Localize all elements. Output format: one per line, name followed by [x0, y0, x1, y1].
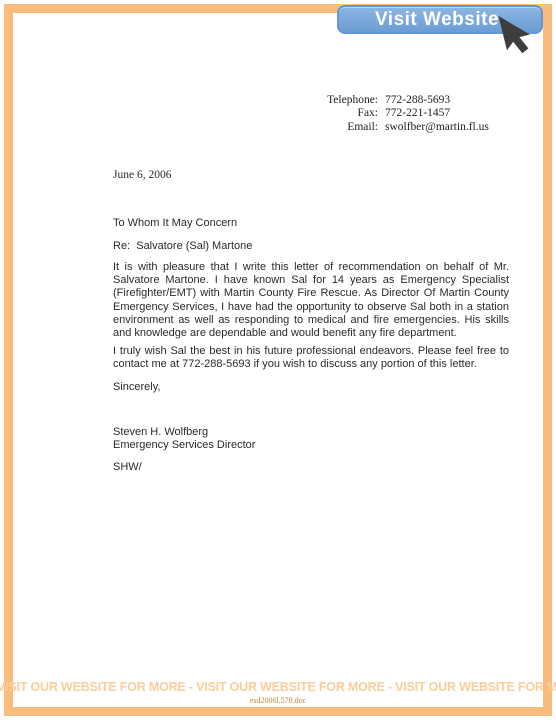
letter-salutation: To Whom It May Concern — [113, 217, 509, 230]
contact-label: Email: — [320, 121, 378, 134]
letter-closing: Sincerely, — [113, 381, 509, 394]
letter-date: June 6, 2006 — [113, 169, 509, 181]
visit-website-label: Visit Website — [375, 10, 505, 29]
letter-paragraph: It is with pleasure that I write this le… — [113, 261, 509, 340]
contact-value: swolfber@martin.fl.us — [385, 121, 489, 134]
document-filename: esd2006l.578.doc — [0, 696, 556, 705]
letter-paragraph: I truly wish Sal the best in his future … — [113, 345, 509, 371]
contact-value: 772-288-5693 — [385, 94, 489, 107]
typist-initials: SHW/ — [113, 461, 509, 474]
signature-block: Steven H. Wolfberg Emergency Services Di… — [113, 426, 509, 452]
contact-value: 772-221-1457 — [385, 107, 489, 120]
signature-title: Emergency Services Director — [113, 439, 509, 452]
contact-block: Telephone: 772-288-5693 Fax: 772-221-145… — [320, 94, 489, 134]
letter-page: Visit Website Telephone: 772-288-5693 Fa… — [0, 0, 556, 720]
signature-name: Steven H. Wolfberg — [113, 426, 509, 439]
contact-label: Fax: — [320, 107, 378, 120]
letter-subject-line: Re: Salvatore (Sal) Martone — [113, 240, 509, 253]
footer-website-banner-link[interactable]: VISIT OUR WEBSITE FOR MORE - VISIT OUR W… — [0, 680, 556, 695]
contact-label: Telephone: — [320, 94, 378, 107]
